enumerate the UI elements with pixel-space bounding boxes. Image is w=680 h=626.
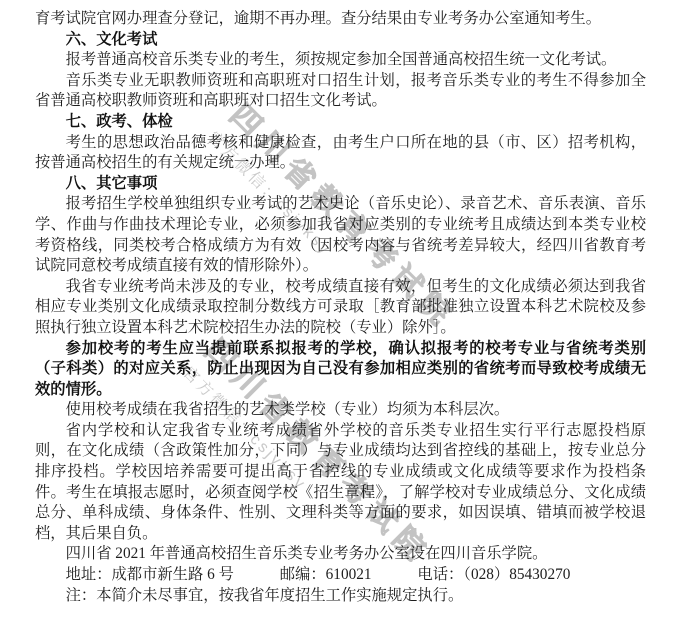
paragraph: 育考试院官网办理查分登记，逾期不再办理。查分结果由专业考务办公室通知考生。 (35, 9, 646, 30)
paragraph: 我省专业统考尚未涉及的专业，校考成绩直接有效，但考生的文化成绩必须达到我省相应专… (35, 277, 646, 339)
paragraph: 使用校考成绩在我省招生的艺术类学校（专业）均须为本科层次。 (35, 400, 646, 421)
document-body: 育考试院官网办理查分登记，逾期不再办理。查分结果由专业考务办公室通知考生。六、文… (35, 9, 646, 606)
paragraph: 考生的思想政治品德考核和健康检查，由考生户口所在地的县（市、区）招考机构，按普通… (35, 133, 646, 174)
paragraph: 报考招生学校单独组织专业考试的艺术史论（音乐史论）、录音艺术、音乐表演、音乐学、… (35, 194, 646, 276)
paragraph: 报考普通高校音乐类专业的考生，须按规定参加全国普通高校招生统一文化考试。 (35, 50, 646, 71)
paragraph: 音乐类专业无职教师资班和高职班对口招生计划，报考音乐类专业的考生不得参加全省普通… (35, 71, 646, 112)
paragraph: 四川省 2021 年普通高校招生音乐类专业考务办公室设在四川音乐学院。 (35, 544, 646, 565)
section-heading: 七、政考、体检 (35, 112, 646, 133)
section-heading: 六、文化考试 (35, 30, 646, 51)
section-heading: 八、其它事项 (35, 174, 646, 195)
document-page: 四川省教育考试院官方微信：csjyksy四川省教育考试院官方微信：csjyksy… (0, 0, 680, 626)
paragraph: 地址：成都市新生路 6 号 邮编：610021 电话：（028）85430270 (35, 565, 646, 586)
paragraph: 参加校考的考生应当提前联系拟报考的学校，确认拟报考的校考专业与省统考类别（子科类… (35, 339, 646, 401)
paragraph: 注：本简介未尽事宜，按我省年度招生工作实施规定执行。 (35, 586, 646, 607)
paragraph: 省内学校和认定我省专业统考成绩省外学校的音乐类专业招生实行平行志愿投档原则，在文… (35, 421, 646, 545)
